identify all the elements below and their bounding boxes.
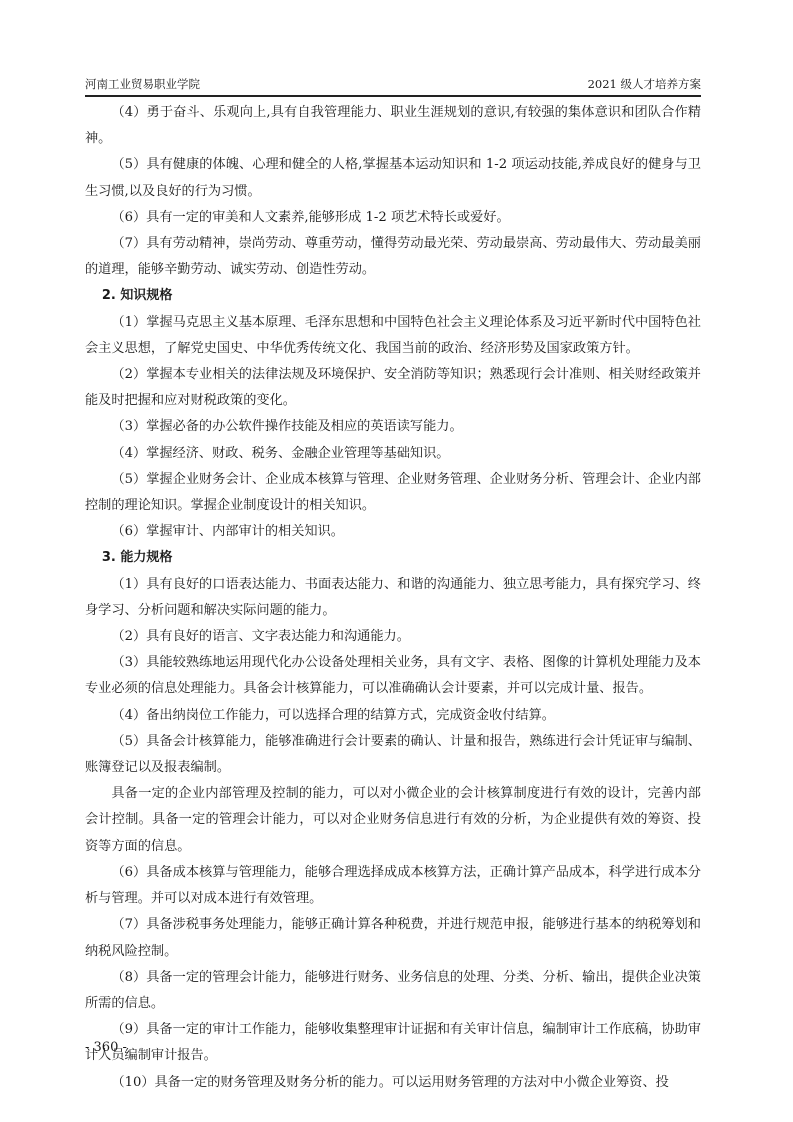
ability-item: （10）具备一定的财务管理及财务分析的能力。可以运用财务管理的方法对中小微企业筹… [85, 1070, 701, 1096]
knowledge-item: （5）掌握企业财务会计、企业成本核算与管理、企业财务管理、企业财务分析、管理会计… [85, 467, 701, 519]
page-content: （4）勇于奋斗、乐观向上,具有自我管理能力、职业生涯规划的意识,有较强的集体意识… [85, 100, 701, 1096]
ability-item: （4）备出纳岗位工作能力，可以选择合理的结算方式，完成资金收付结算。 [85, 703, 701, 729]
knowledge-item: （1）掌握马克思主义基本原理、毛泽东思想和中国特色社会主义理论体系及习近平新时代… [85, 310, 701, 362]
page-number: - 360 - [85, 1040, 127, 1055]
quality-item: （6）具有一定的审美和人文素养,能够形成 1-2 项艺术特长或爱好。 [85, 205, 701, 231]
ability-item: （8）具备一定的管理会计能力，能够进行财务、业务信息的处理、分类、分析、输出，提… [85, 965, 701, 1017]
ability-item: （6）具备成本核算与管理能力，能够合理选择成成本核算方法，正确计算产品成本，科学… [85, 860, 701, 912]
quality-item: （7）具有劳动精神，崇尚劳动、尊重劳动，懂得劳动最光荣、劳动最崇高、劳动最伟大、… [85, 231, 701, 283]
quality-item: （5）具有健康的体魄、心理和健全的人格,掌握基本运动知识和 1-2 项运动技能,… [85, 152, 701, 204]
ability-item: （9）具备一定的审计工作能力，能够收集整理审计证据和有关审计信息，编制审计工作底… [85, 1017, 701, 1069]
page-header: 河南工业贸易职业学院 2021 级人才培养方案 [85, 70, 701, 97]
section-heading-ability: 3. 能力规格 [85, 545, 701, 571]
quality-item: （4）勇于奋斗、乐观向上,具有自我管理能力、职业生涯规划的意识,有较强的集体意识… [85, 100, 701, 152]
ability-item: （3）具能较熟练地运用现代化办公设备处理相关业务，具有文字、表格、图像的计算机处… [85, 650, 701, 702]
knowledge-item: （6）掌握审计、内部审计的相关知识。 [85, 519, 701, 545]
header-institution: 河南工业贸易职业学院 [85, 76, 200, 92]
ability-item: （2）具有良好的语言、文字表达能力和沟通能力。 [85, 624, 701, 650]
section-heading-knowledge: 2. 知识规格 [85, 283, 701, 309]
ability-item: 具备一定的企业内部管理及控制的能力，可以对小微企业的会计核算制度进行有效的设计，… [85, 781, 701, 860]
knowledge-item: （3）掌握必备的办公软件操作技能及相应的英语读写能力。 [85, 414, 701, 440]
ability-item: （1）具有良好的口语表达能力、书面表达能力、和谐的沟通能力、独立思考能力，具有探… [85, 572, 701, 624]
ability-item: （7）具备涉税事务处理能力，能够正确计算各种税费，并进行规范申报，能够进行基本的… [85, 912, 701, 964]
knowledge-item: （2）掌握本专业相关的法律法规及环境保护、安全消防等知识；熟悉现行会计准则、相关… [85, 362, 701, 414]
ability-item: （5）具备会计核算能力，能够准确进行会计要素的确认、计量和报告，熟练进行会计凭证… [85, 729, 701, 781]
knowledge-item: （4）掌握经济、财政、税务、金融企业管理等基础知识。 [85, 441, 701, 467]
header-document-title: 2021 级人才培养方案 [588, 76, 701, 92]
